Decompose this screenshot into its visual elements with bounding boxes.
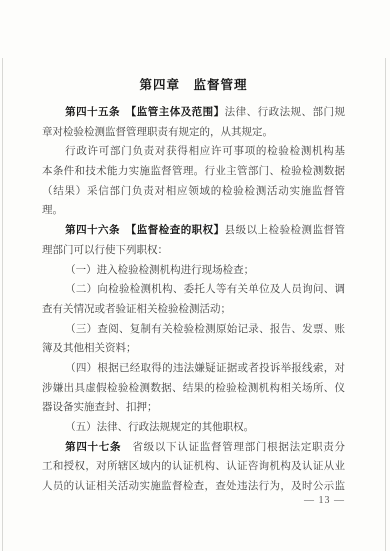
text-line: （五）法律、行政法规规定的其他职权。 [42,418,345,438]
text-line: 第四十七条 省级以下认证监督管理部门根据法定职责分 [42,438,345,458]
chapter-heading: 第四章 监督管理 [42,76,345,94]
text-line: （二）向检验检测机构、委托人等有关单位及人员询问、调 [42,280,345,300]
scan-edge-right [385,58,386,551]
text-line: 章对检验检测监督管理职责有规定的，从其规定。 [42,123,345,143]
scan-edge-left [2,58,3,551]
article-label: 第四十六条 【监督检查的职权】 [65,225,225,236]
document-page: 第四章 监督管理 第四十五条 【监管主体及范围】法律、行政法规、部门规章对检验检… [0,0,390,551]
document-content: 第四章 监督管理 第四十五条 【监管主体及范围】法律、行政法规、部门规章对检验检… [42,76,345,497]
article-label: 第四十七条 [65,442,121,453]
text-line: 行政许可部门负责对获得相应许可事项的检验检测机构基 [42,142,345,162]
text-line: （结果）采信部门负责对相应领域的检验检测活动实施监督管 [42,182,345,202]
text-line: 本条件和技术能力实施监督管理。行业主管部门、检验检测数据 [42,162,345,182]
text-line: 簿及其他相关资料； [42,339,345,359]
text-line: （三）查阅、复制有关检验检测原始记录、报告、发票、账 [42,320,345,340]
article-label: 第四十五条 【监管主体及范围】 [65,107,225,118]
text-line: 第四十六条 【监督检查的职权】县级以上检验检测监督管 [42,221,345,241]
text-line: 工和授权，对所辖区域内的认证机构、认证咨询机构及认证从业 [42,457,345,477]
text-line: 涉嫌出具虚假检验检测数据、结果的检验检测机构相关场所、仪 [42,379,345,399]
text-line: 人员的认证相关活动实施监督检查，查处违法行为，及时公示监 [42,477,345,497]
text-line: 查有关情况或者验证相关检验检测活动； [42,300,345,320]
body-lines: 第四十五条 【监管主体及范围】法律、行政法规、部门规章对检验检测监督管理职责有规… [42,103,345,497]
page-number: — 13 — [304,495,345,506]
text-line: （四）根据已经取得的违法嫌疑证据或者投诉举报线索，对 [42,359,345,379]
text-line: （一）进入检验检测机构进行现场检查； [42,261,345,281]
text-line: 理部门可以行使下列职权： [42,241,345,261]
text-line: 理。 [42,201,345,221]
text-line: 第四十五条 【监管主体及范围】法律、行政法规、部门规 [42,103,345,123]
text-line: 器设备实施查封、扣押； [42,398,345,418]
